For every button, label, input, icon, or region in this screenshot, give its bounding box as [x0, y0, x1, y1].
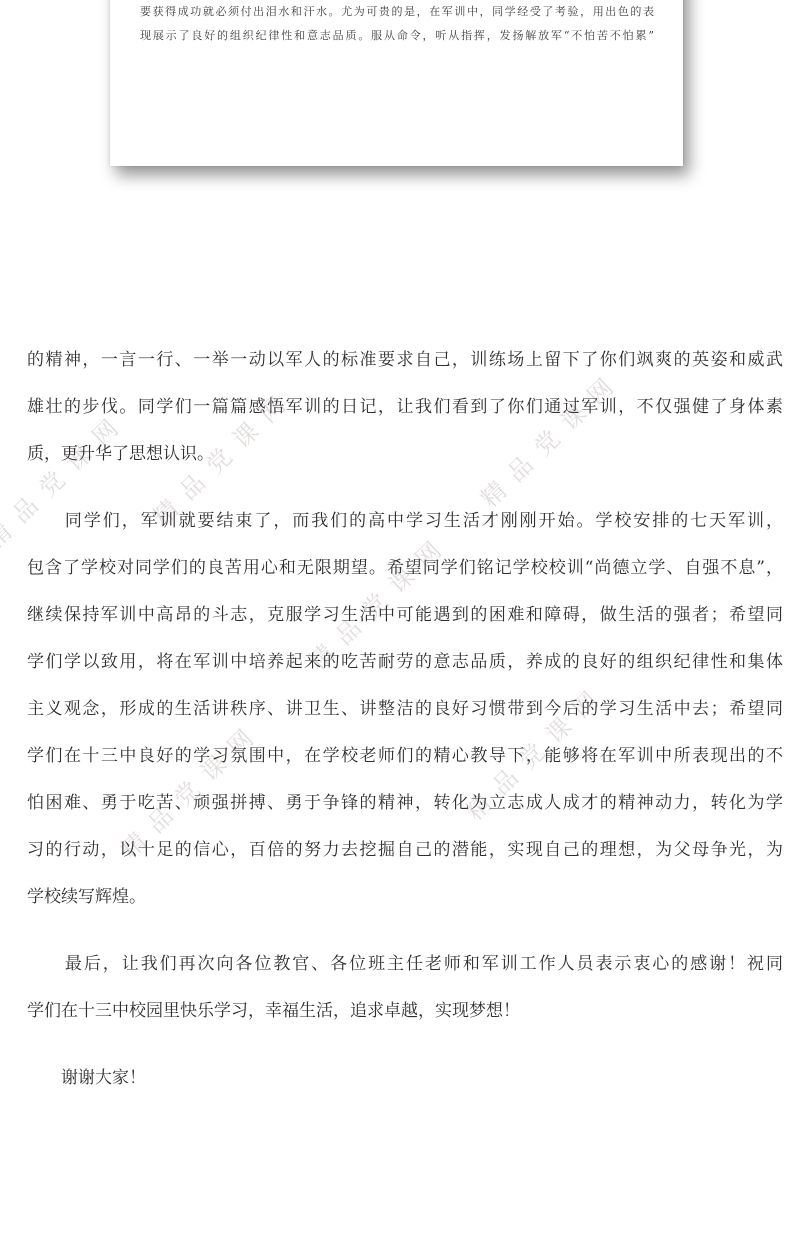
- text-line: 学们在十三中校园里快乐学习，幸福生活，追求卓越，实现梦想！: [27, 988, 783, 1035]
- text-line: 最后，让我们再次向各位教官、各位班主任老师和军训工作人员表示衷心的感谢！祝同: [27, 941, 783, 988]
- text-line: 雄壮的步伐。同学们一篇篇感悟军训的日记，让我们看到了你们通过军训，不仅强健了身体…: [27, 384, 783, 431]
- paragraph: 谢谢大家！: [27, 1055, 783, 1102]
- document-preview-screen: 要获得成功就必须付出泪水和汗水。尤为可贵的是，在军训中，同学经受了考验，用出色的…: [0, 0, 800, 1248]
- text-line: 学校续写辉煌。: [27, 874, 783, 921]
- text-line: 现展示了良好的组织纪律性和意志品质。服从命令，听从指挥，发扬解放军“不怕苦不怕累…: [140, 24, 655, 48]
- text-line: 继续保持军训中高昂的斗志，克服学习生活中可能遇到的困难和障碍，做生活的强者；希望…: [27, 592, 783, 639]
- paragraph: 同学们，军训就要结束了，而我们的高中学习生活才刚刚开始。学校安排的七天军训，包含…: [27, 498, 783, 921]
- text-line: 学们在十三中良好的学习氛围中，在学校老师们的精心教导下，能够将在军训中所表现出的…: [27, 733, 783, 780]
- text-line: 要获得成功就必须付出泪水和汗水。尤为可贵的是，在军训中，同学经受了考验，用出色的…: [140, 0, 655, 24]
- document-body-text: 的精神，一言一行、一举一动以军人的标准要求自己，训练场上留下了你们飒爽的英姿和威…: [27, 337, 783, 1122]
- text-line: 习的行动，以十足的信心，百倍的努力去挖掘自己的潜能，实现自己的理想，为父母争光，…: [27, 827, 783, 874]
- card-text-block: 要获得成功就必须付出泪水和汗水。尤为可贵的是，在军训中，同学经受了考验，用出色的…: [140, 0, 655, 48]
- text-line: 的精神，一言一行、一举一动以军人的标准要求自己，训练场上留下了你们飒爽的英姿和威…: [27, 337, 783, 384]
- text-line: 质，更升华了思想认识。: [27, 431, 783, 478]
- text-line: 学们学以致用，将在军训中培养起来的吃苦耐劳的意志品质，养成的良好的组织纪律性和集…: [27, 639, 783, 686]
- text-line: 怕困难、勇于吃苦、顽强拼搏、勇于争锋的精神，转化为立志成人成才的精神动力，转化为…: [27, 780, 783, 827]
- document-page-preview-card[interactable]: 要获得成功就必须付出泪水和汗水。尤为可贵的是，在军训中，同学经受了考验，用出色的…: [110, 0, 683, 166]
- paragraph: 最后，让我们再次向各位教官、各位班主任老师和军训工作人员表示衷心的感谢！祝同学们…: [27, 941, 783, 1035]
- paragraph: 的精神，一言一行、一举一动以军人的标准要求自己，训练场上留下了你们飒爽的英姿和威…: [27, 337, 783, 478]
- text-line: 包含了学校对同学们的良苦用心和无限期望。希望同学们铭记学校校训“尚德立学、自强不…: [27, 545, 783, 592]
- text-line: 同学们，军训就要结束了，而我们的高中学习生活才刚刚开始。学校安排的七天军训，: [27, 498, 783, 545]
- text-line: 谢谢大家！: [27, 1055, 783, 1102]
- text-line: 主义观念，形成的生活讲秩序、讲卫生、讲整洁的良好习惯带到今后的学习生活中去；希望…: [27, 686, 783, 733]
